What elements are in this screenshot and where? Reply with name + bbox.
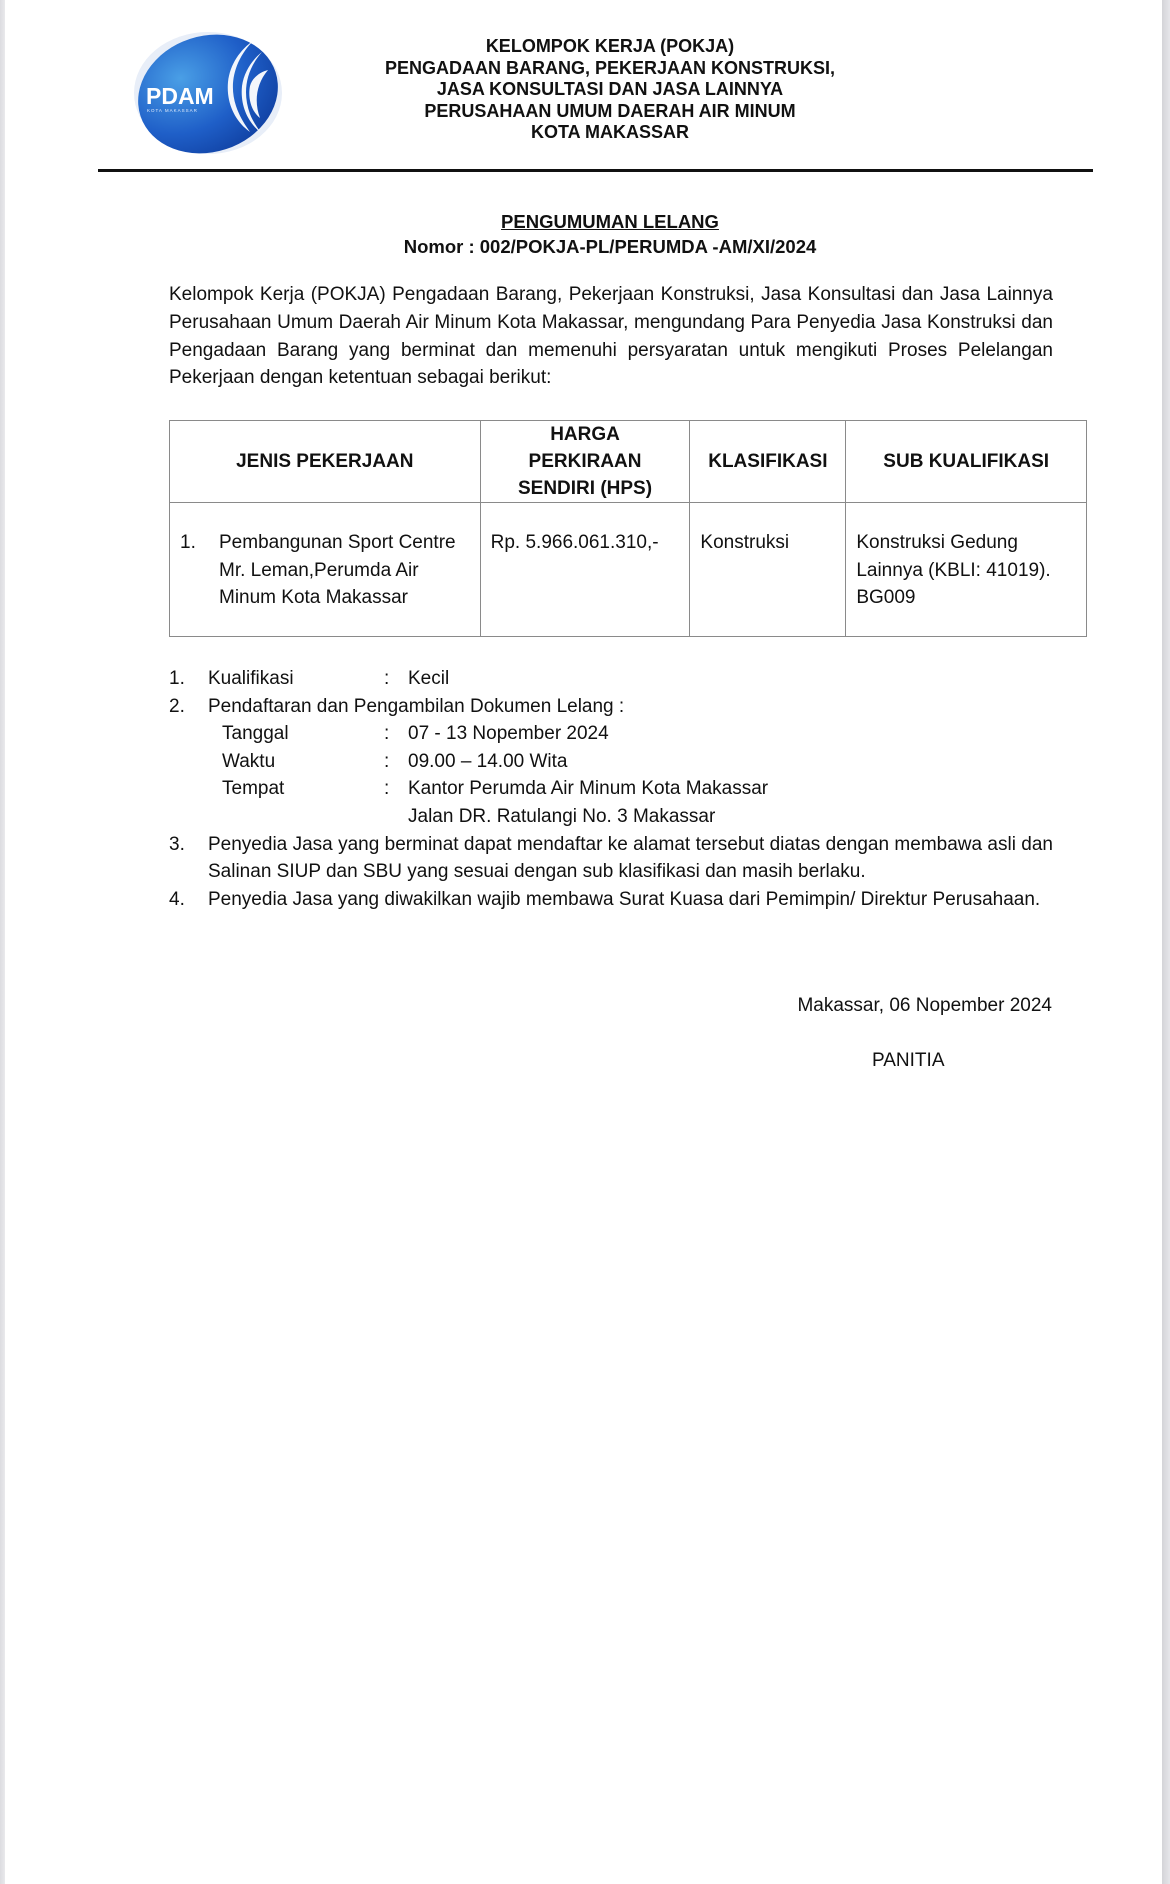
table-header-row: JENIS PEKERJAAN HARGA PERKIRAAN SENDIRI … (170, 421, 1087, 503)
header-klasifikasi: KLASIFIKASI (690, 421, 846, 503)
svg-text:KOTA MAKASSAR: KOTA MAKASSAR (147, 108, 198, 113)
list-number: 4. (169, 886, 208, 914)
term-label: Waktu (222, 748, 384, 776)
signature-signer: PANITIA (872, 1050, 945, 1072)
header-hps-line: HARGA (487, 421, 684, 448)
list-item: 1. Kualifikasi : Kecil (169, 665, 1053, 693)
announcement-number: Nomor : 002/POKJA-PL/PERUMDA -AM/XI/2024 (300, 236, 920, 258)
terms-list: 1. Kualifikasi : Kecil 2. Pendaftaran da… (169, 665, 1053, 913)
term-value: 07 - 13 Nopember 2024 (408, 720, 1053, 748)
header-hps-line: SENDIRI (HPS) (487, 475, 684, 502)
term-value: Jalan DR. Ratulangi No. 3 Makassar (408, 803, 1053, 831)
list-number: 3. (169, 831, 208, 886)
header-jenis-pekerjaan: JENIS PEKERJAAN (170, 421, 481, 503)
term-label: Tanggal (222, 720, 384, 748)
signature-place-date: Makassar, 06 Nopember 2024 (797, 995, 1052, 1017)
term-colon: : (384, 720, 408, 748)
sub-item-tempat-address: Jalan DR. Ratulangi No. 3 Makassar (169, 803, 1053, 831)
term-text: Penyedia Jasa yang berminat dapat mendaf… (208, 831, 1053, 886)
announcement-title: PENGUMUMAN LELANG (300, 211, 920, 233)
intro-paragraph: Kelompok Kerja (POKJA) Pengadaan Barang,… (169, 281, 1053, 392)
cell-jenis-pekerjaan: 1. Pembangunan Sport Centre Mr. Leman,Pe… (170, 503, 481, 637)
header-hps-line: PERKIRAAN (487, 448, 684, 475)
list-number: 1. (169, 665, 208, 693)
row-number: 1. (180, 529, 219, 612)
cell-klasifikasi: Konstruksi (690, 503, 846, 637)
cell-hps: Rp. 5.966.061.310,- (480, 503, 690, 637)
term-value: Kantor Perumda Air Minum Kota Makassar (408, 775, 1053, 803)
sub-item-waktu: Waktu : 09.00 – 14.00 Wita (169, 748, 1053, 776)
table-row: 1. Pembangunan Sport Centre Mr. Leman,Pe… (170, 503, 1087, 637)
letterhead-line: KELOMPOK KERJA (POKJA) (300, 36, 920, 58)
sub-item-tempat: Tempat : Kantor Perumda Air Minum Kota M… (169, 775, 1053, 803)
letterhead: KELOMPOK KERJA (POKJA) PENGADAAN BARANG,… (300, 36, 920, 144)
term-label: Tempat (222, 775, 384, 803)
term-colon: : (384, 748, 408, 776)
term-colon: : (384, 775, 408, 803)
letterhead-line: PERUSAHAAN UMUM DAERAH AIR MINUM (300, 101, 920, 123)
letterhead-divider (98, 169, 1093, 172)
term-text: Penyedia Jasa yang diwakilkan wajib memb… (208, 886, 1053, 914)
term-colon: : (384, 665, 408, 693)
page-edge-right (1162, 0, 1170, 1884)
sub-item-tanggal: Tanggal : 07 - 13 Nopember 2024 (169, 720, 1053, 748)
tender-table: JENIS PEKERJAAN HARGA PERKIRAAN SENDIRI … (169, 420, 1087, 637)
svg-text:PDAM: PDAM (146, 83, 214, 109)
term-label: Kualifikasi (208, 665, 384, 693)
job-description: Pembangunan Sport Centre Mr. Leman,Perum… (219, 529, 470, 612)
letterhead-line: PENGADAAN BARANG, PEKERJAAN KONSTRUKSI, (300, 58, 920, 80)
letterhead-line: JASA KONSULTASI DAN JASA LAINNYA (300, 79, 920, 101)
header-hps: HARGA PERKIRAAN SENDIRI (HPS) (480, 421, 690, 503)
letterhead-line: KOTA MAKASSAR (300, 122, 920, 144)
pdam-logo-icon: PDAM KOTA MAKASSAR (132, 30, 284, 156)
list-item: 2. Pendaftaran dan Pengambilan Dokumen L… (169, 693, 1053, 721)
list-number: 2. (169, 693, 208, 721)
term-value: 09.00 – 14.00 Wita (408, 748, 1053, 776)
term-value: Kecil (408, 665, 1053, 693)
list-item: 3. Penyedia Jasa yang berminat dapat men… (169, 831, 1053, 886)
list-item: 4. Penyedia Jasa yang diwakilkan wajib m… (169, 886, 1053, 914)
term-label: Pendaftaran dan Pengambilan Dokumen Lela… (208, 693, 1053, 721)
cell-sub-kualifikasi: Konstruksi Gedung Lainnya (KBLI: 41019).… (846, 503, 1087, 637)
header-sub-kualifikasi: SUB KUALIFIKASI (846, 421, 1087, 503)
